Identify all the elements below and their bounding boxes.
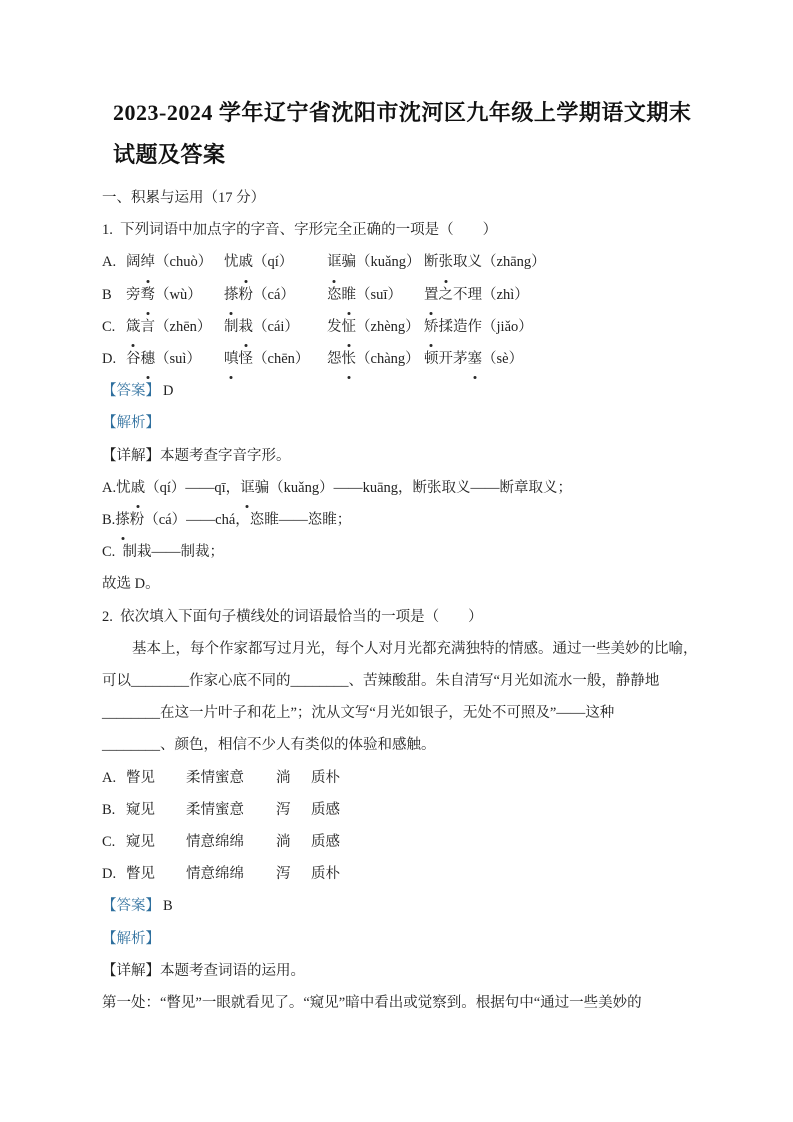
q2-paragraph-line2: 可以________作家心底不同的________、苦辣酸甜。朱自清写“月光如流… xyxy=(102,665,703,697)
q2-option-c: C. 窥见 情意绵绵 淌 质感 xyxy=(102,826,703,858)
document-title-line2: 试题及答案 xyxy=(113,134,703,176)
option-item: 淌 xyxy=(276,762,311,794)
option-label: C. xyxy=(102,311,126,343)
option-item: 情意绵绵 xyxy=(186,858,276,890)
option-item: 阔绰（chuò） xyxy=(126,246,224,278)
option-item: 质朴 xyxy=(311,762,340,794)
option-item: 怨怅（chàng） xyxy=(327,343,424,375)
answer-marker: 【答案】 xyxy=(102,383,160,399)
analysis-marker: 【解析】 xyxy=(102,415,160,431)
q2-paragraph-line1: 基本上，每个作家都写过月光，每个人对月光都充满独特的情感。通过一些美妙的比喻， xyxy=(102,633,703,665)
analysis-marker: 【解析】 xyxy=(102,931,160,947)
q2-stem: 2. 依次填入下面句子横线处的词语最恰当的一项是（ ） xyxy=(102,601,703,633)
option-item: 顿开茅塞（sè） xyxy=(424,343,523,375)
detail-marker: 【详解】 xyxy=(102,963,160,979)
option-item: 泻 xyxy=(276,858,311,890)
q1-stem: 1. 下列词语中加点字的字音、字形完全正确的一项是（ ） xyxy=(102,214,703,246)
option-item: 诓骗（kuǎng） xyxy=(327,246,424,278)
q2-answer-value: B xyxy=(163,898,173,914)
q2-explanation-line: 第一处：“瞥见”一眼就看见了。“窥见”暗中看出或觉察到。根据句中“通过一些美妙的 xyxy=(102,987,703,1019)
q1-explanation-line-b: B.搽粉（cá）——chá，恣睢——恣睢； xyxy=(102,504,703,536)
q1-explanation-line-a: A.忧戚（qí）——qī，诓骗（kuǎng）——kuāng，断张取义——断章取义… xyxy=(102,472,703,504)
q2-paragraph-line3: ________在这一片叶子和花上”；沈从文写“月光如银子，无处不可照及”——这… xyxy=(102,697,703,729)
section-heading: 一、积累与运用（17 分） xyxy=(102,182,703,214)
q1-detail-line: 【详解】本题考查字音字形。 xyxy=(102,440,703,472)
option-item: 情意绵绵 xyxy=(186,826,276,858)
q2-paragraph-line4: ________、颜色，相信不少人有类似的体验和感触。 xyxy=(102,729,703,761)
option-item: 泻 xyxy=(276,794,311,826)
option-item: 断张取义（zhāng） xyxy=(424,246,546,278)
option-item: 淌 xyxy=(276,826,311,858)
option-item: 发怔（zhèng） xyxy=(327,311,424,343)
q1-conclusion-line: 故选 D。 xyxy=(102,568,703,600)
option-label: A. xyxy=(102,762,126,794)
option-label: D. xyxy=(102,858,126,890)
q2-option-d: D. 瞥见 情意绵绵 泻 质朴 xyxy=(102,858,703,890)
q2-answer-line: 【答案】B xyxy=(102,890,703,922)
option-item: 质感 xyxy=(311,826,340,858)
q1-option-b: B 旁骛（wù） 搽粉（cá） 恣睢（suī） 置之不理（zhì） xyxy=(102,279,703,311)
option-item: 质感 xyxy=(311,794,340,826)
option-label: C. xyxy=(102,826,126,858)
option-item: 嗔怪（chēn） xyxy=(224,343,327,375)
q2-detail-text: 本题考查词语的运用。 xyxy=(160,963,305,979)
option-item: 箴言（zhēn） xyxy=(126,311,224,343)
option-item: 质朴 xyxy=(311,858,340,890)
q2-option-a: A. 瞥见 柔情蜜意 淌 质朴 xyxy=(102,762,703,794)
answer-marker: 【答案】 xyxy=(102,898,160,914)
q1-answer-line: 【答案】D xyxy=(102,375,703,407)
document-page: 2023-2024 学年辽宁省沈阳市沈河区九年级上学期语文期末 试题及答案 一、… xyxy=(0,0,793,1122)
option-item: 窥见 xyxy=(126,794,186,826)
option-label: B xyxy=(102,279,126,311)
option-item: 制栽（cái） xyxy=(224,311,327,343)
option-item: 恣睢（suī） xyxy=(327,279,424,311)
option-item: 谷穗（suì） xyxy=(126,343,224,375)
option-item: 矫揉造作（jiǎo） xyxy=(424,311,533,343)
option-item: 瞥见 xyxy=(126,858,186,890)
q2-detail-line: 【详解】本题考查词语的运用。 xyxy=(102,955,703,987)
option-item: 柔情蜜意 xyxy=(186,794,276,826)
option-item: 瞥见 xyxy=(126,762,186,794)
q1-answer-value: D xyxy=(163,383,173,399)
document-title: 2023-2024 学年辽宁省沈阳市沈河区九年级上学期语文期末 试题及答案 xyxy=(102,92,703,176)
option-item: 旁骛（wù） xyxy=(126,279,224,311)
q2-analysis-line: 【解析】 xyxy=(102,923,703,955)
detail-marker: 【详解】 xyxy=(102,448,160,464)
q1-option-d: D. 谷穗（suì） 嗔怪（chēn） 怨怅（chàng） 顿开茅塞（sè） xyxy=(102,343,703,375)
option-item: 置之不理（zhì） xyxy=(424,279,529,311)
option-item: 忧戚（qí） xyxy=(224,246,327,278)
q1-explanation-line-c: C. 制栽——制裁； xyxy=(102,536,703,568)
option-item: 柔情蜜意 xyxy=(186,762,276,794)
q2-option-b: B. 窥见 柔情蜜意 泻 质感 xyxy=(102,794,703,826)
q1-analysis-line: 【解析】 xyxy=(102,407,703,439)
q1-option-a: A. 阔绰（chuò） 忧戚（qí） 诓骗（kuǎng） 断张取义（zhāng） xyxy=(102,246,703,278)
option-label: B. xyxy=(102,794,126,826)
option-label: D. xyxy=(102,343,126,375)
q1-option-c: C. 箴言（zhēn） 制栽（cái） 发怔（zhèng） 矫揉造作（jiǎo） xyxy=(102,311,703,343)
option-item: 搽粉（cá） xyxy=(224,279,327,311)
option-item: 窥见 xyxy=(126,826,186,858)
option-label: A. xyxy=(102,246,126,278)
q1-detail-text: 本题考查字音字形。 xyxy=(160,448,291,464)
document-title-line1: 2023-2024 学年辽宁省沈阳市沈河区九年级上学期语文期末 xyxy=(113,92,703,134)
